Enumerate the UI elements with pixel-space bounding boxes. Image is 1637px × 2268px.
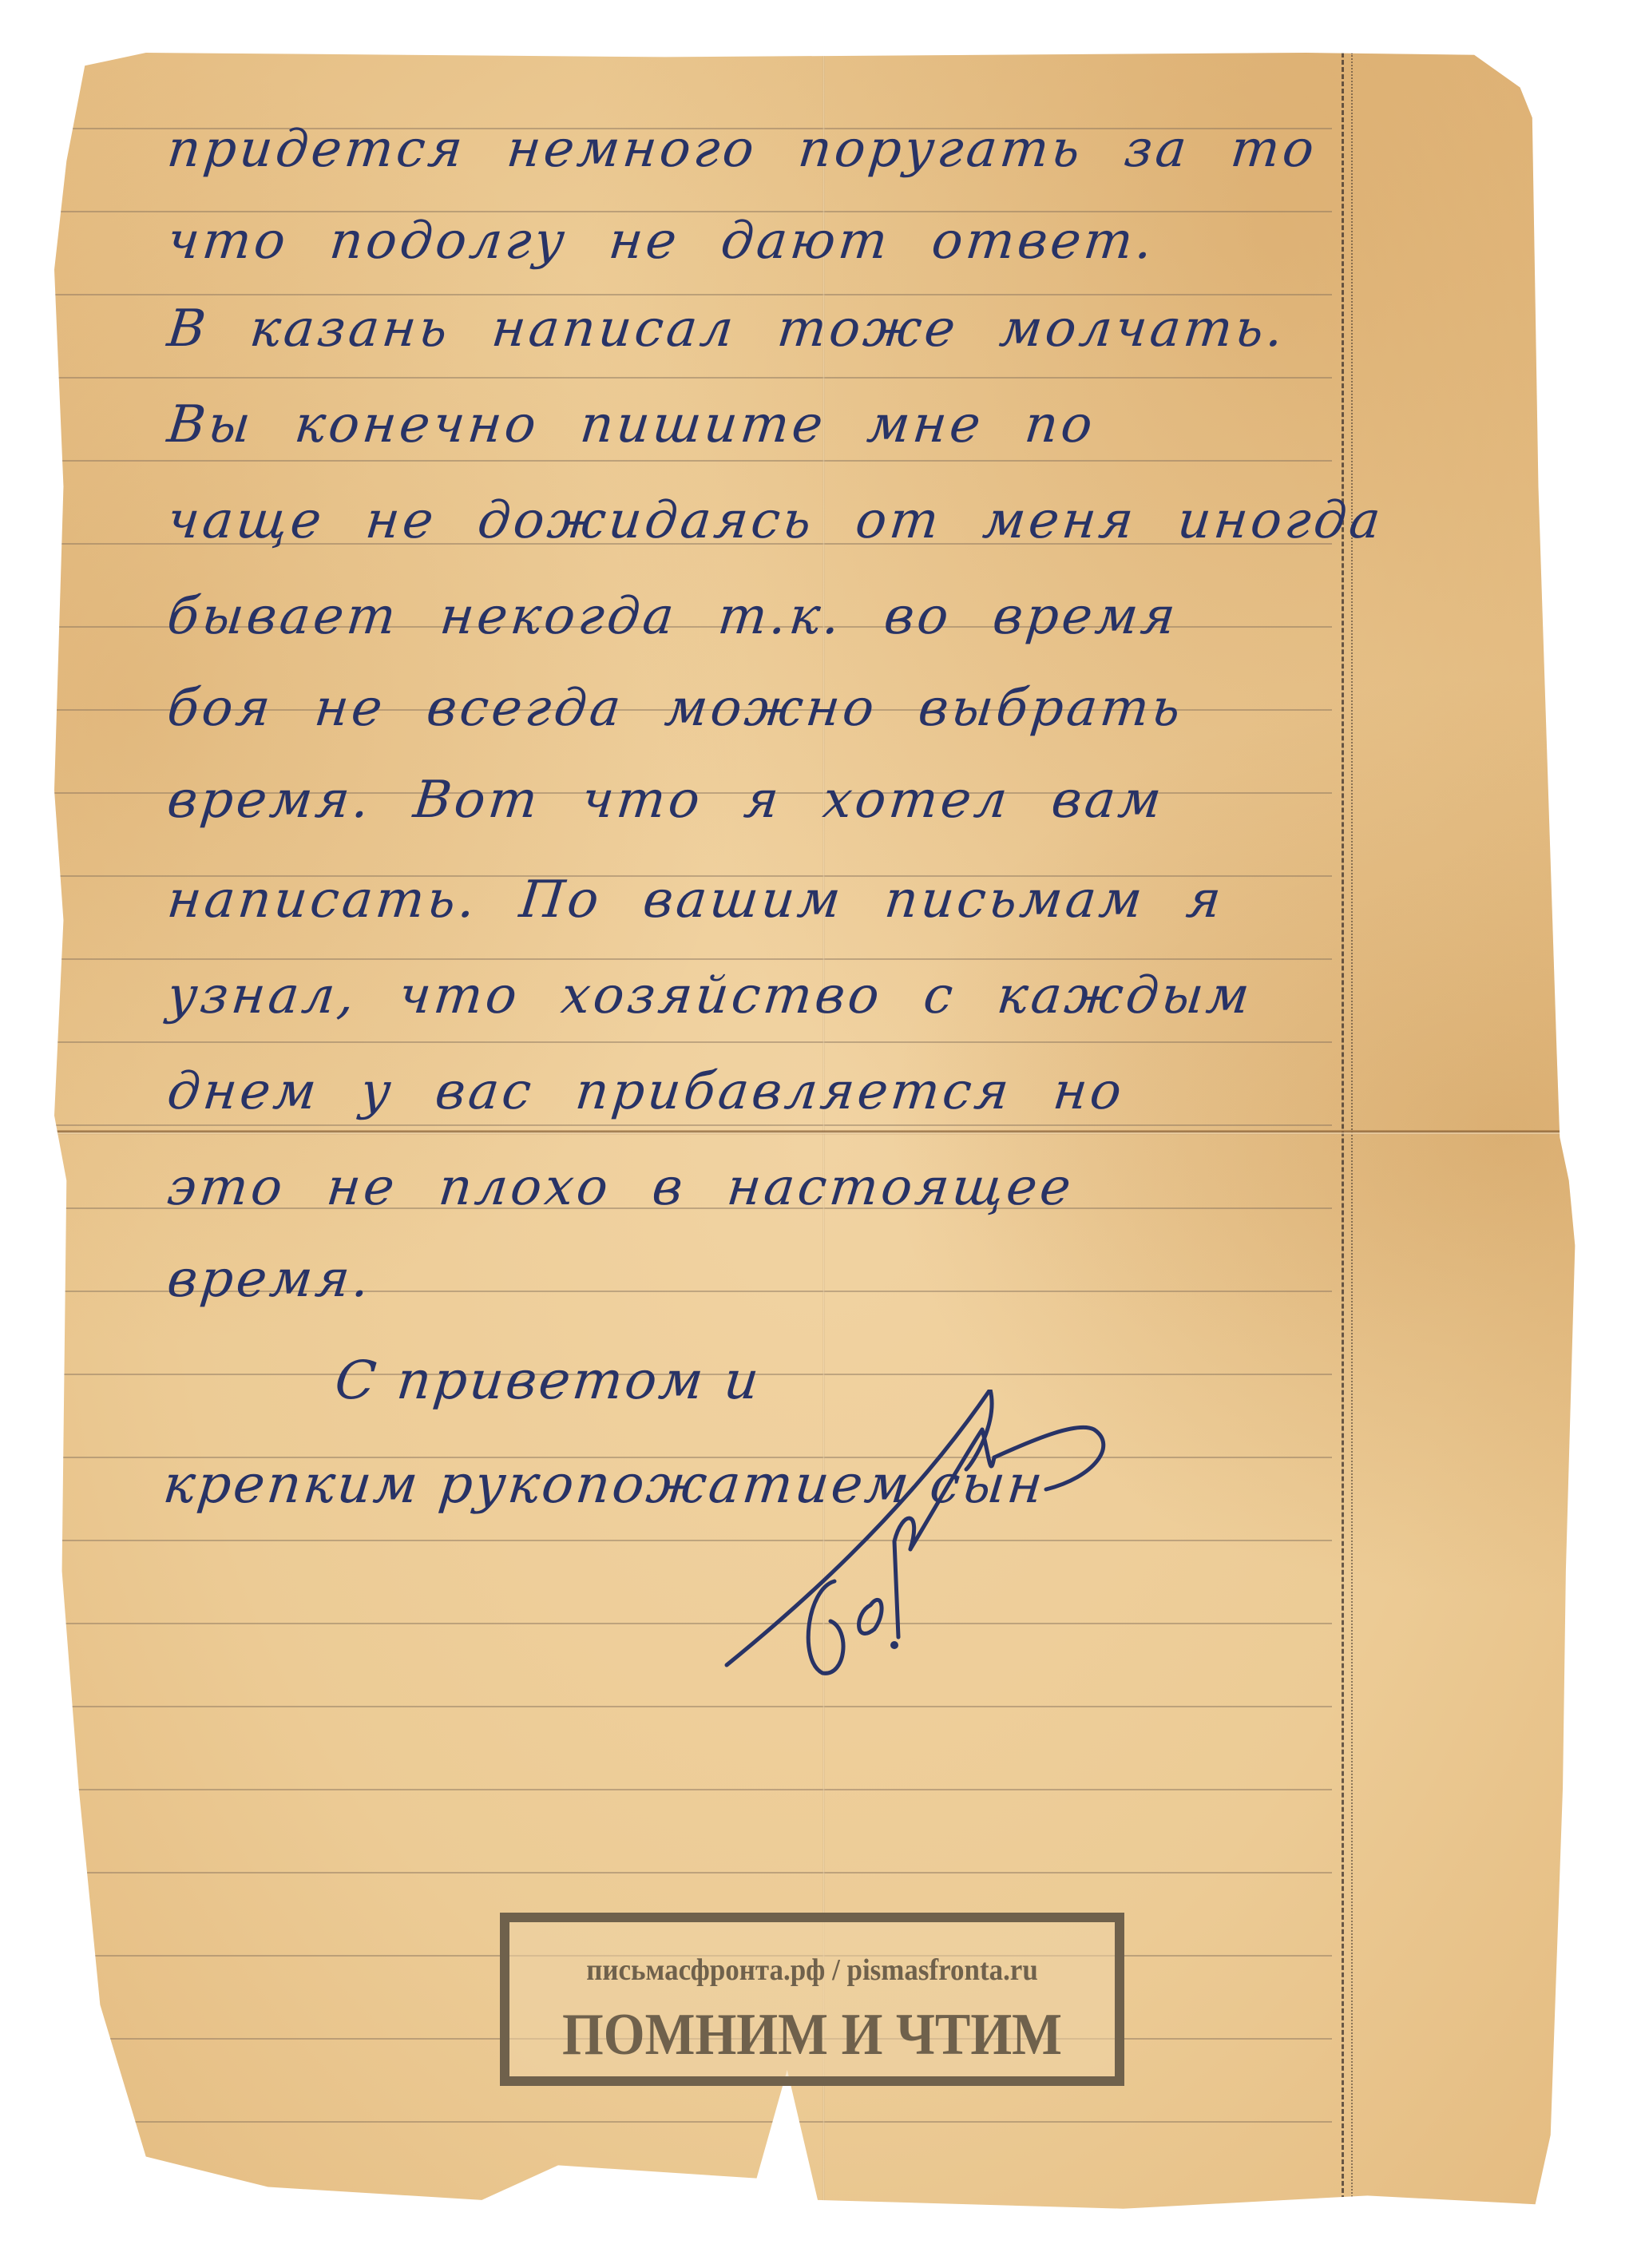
closing-greeting: С приветом и xyxy=(332,1350,764,1411)
letter-line: время. Вот что я хотел вам xyxy=(164,771,1167,830)
letter-sheet xyxy=(54,53,1581,2222)
vertical-fold xyxy=(822,53,825,2222)
ruling-line xyxy=(54,2121,1332,2123)
ruling-line xyxy=(54,377,1332,379)
ruling-line xyxy=(54,294,1332,295)
ruling-line xyxy=(54,958,1332,960)
ruling-line xyxy=(54,1041,1332,1043)
letter-line: бывает некогда т.к. во время xyxy=(164,587,1181,646)
letter-line: чаще не дожидаясь от меня иногда xyxy=(164,491,1386,550)
ruling-line xyxy=(54,1872,1332,1873)
ruling-line xyxy=(54,460,1332,462)
letter-line: узнал, что хозяйство с каждым xyxy=(164,966,1255,1025)
letter-line: написать. По вашим письмам я xyxy=(164,870,1227,930)
signature-mark xyxy=(703,1390,1310,1709)
letter-line: боя не всегда можно выбрать xyxy=(164,679,1186,738)
watermark-motto: ПОМНИМ И ЧТИМ xyxy=(540,2005,1084,2064)
letter-line: Вы конечно пишите мне по xyxy=(164,395,1098,454)
watermark-site: письмасфронта.рф / pismasfronta.ru xyxy=(533,1953,1090,1988)
ruling-line xyxy=(54,1789,1332,1790)
ruling-line xyxy=(54,1124,1332,1126)
letter-line: днем у вас прибавляется но xyxy=(164,1062,1128,1121)
watermark-stamp: письмасфронта.рф / pismasfronta.ru ПОМНИ… xyxy=(500,1913,1124,2086)
letter-line: что подолгу не дают ответ. xyxy=(164,212,1158,271)
horizontal-fold xyxy=(54,1130,1581,1135)
letter-line: время. xyxy=(164,1250,375,1309)
letter-line: это не плохо в настоящее xyxy=(164,1158,1076,1217)
letter-line: В казань написал тоже молчать. xyxy=(164,299,1289,359)
letter-line: придется немного поругать за то xyxy=(164,120,1320,179)
margin-line xyxy=(1342,53,1344,2222)
margin-line xyxy=(1351,53,1353,2222)
